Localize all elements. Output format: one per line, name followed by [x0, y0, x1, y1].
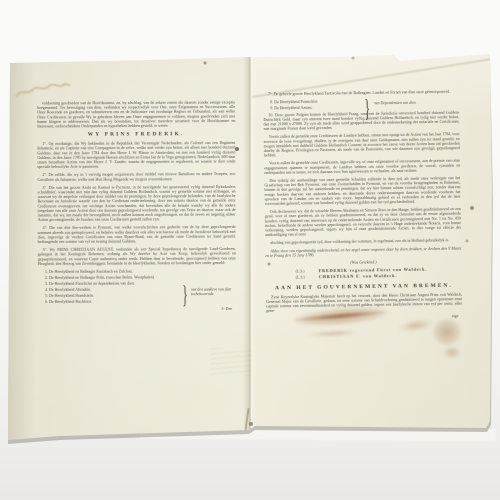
document-sheet: voldoening geschieden van de Hoofdsomme,…: [0, 0, 500, 500]
left-text-column: voldoening geschieden van de Hoofdsomme,…: [37, 100, 236, 312]
estate-list-item: 6. De Heerlykheid Buchforst.: [45, 299, 236, 305]
was-getekend-line: (Was Getekend.): [266, 259, 462, 266]
seal-mark: (L.S.): [296, 269, 319, 274]
paragraph: Den tydstip der aanbetalinge van onze ge…: [264, 176, 460, 207]
paragraph: 3°. Die van het groote Ambt en Kasteel t…: [37, 184, 235, 222]
section-heading-gouvernement: AAN HET GOUVERNEMENT VAN BREMEN.: [266, 282, 462, 291]
paragraph: Voorts zullen de gemelde onze Crediteure…: [264, 132, 460, 158]
signature-row: (L.S.) CHRISTIAAN F. von Waldeck.: [296, 272, 462, 279]
estate-list-item: 3. De Heerlykheid Fürstlichst en depende…: [45, 281, 236, 287]
paragraph: 5°. Wy PRINS CHRISTIAAN AUGUST, verbinde…: [38, 247, 236, 266]
section-heading-wy-prins-frederik: WY PRINS FREDERIK.: [37, 131, 235, 138]
paragraph: Zyne Keyzerlyke Koninglyke Majesteit hee…: [266, 292, 462, 313]
right-text-column: 7°. De geheele groote Heerlykheid Tantiv…: [263, 89, 462, 321]
paragraph: 2°. De zelfde, die wy in 't vervolg moge…: [37, 172, 235, 182]
paragraph: afschlag van geprolongeerde tyd, door vo…: [265, 238, 461, 246]
paragraph: 4°. Die van den See-werken te Pyrmont, v…: [38, 225, 236, 244]
paragraph: voldoening geschieden van de Hoofdsomme,…: [37, 100, 235, 129]
right-paragraph-list: 10. Deze groote Polgien komen de Heerlyk…: [263, 110, 461, 245]
center-fold-crease: [243, 54, 257, 432]
estate-list-item: 1. De Heerlykheid en Balleagie Kurtzbach…: [45, 269, 236, 275]
right-estate-list-block: 8. De Heerlykheid Pontschlot 9. De Heerl…: [263, 97, 459, 111]
estate-list-item: 2. De Heerlykheid en Balleagie Polst, (t…: [45, 275, 236, 281]
foxing-specks: [0, 0, 2, 2]
signature-christiaan: CHRISTIAAN F. von Waldeck.: [319, 273, 398, 279]
paragraph: 10. Deze groote Polgien komen de Heerlyk…: [263, 110, 459, 131]
left-estate-list-block: 1. De Heerlykheid en Balleagie Kurtzbach…: [38, 269, 236, 305]
closing-attestation: Aldus door ons eigenhandig onderteekend,…: [265, 246, 461, 258]
brace-glyph: }: [364, 96, 370, 121]
paragraph: Voorts zullen de gemelde onze Crediteure…: [264, 158, 460, 175]
seal-mark: (L.S.): [296, 274, 319, 279]
brace-note: met Dependentien van dien.: [374, 101, 429, 106]
brace-glyph: }: [182, 282, 188, 307]
left-paragraph-list: 1°. Op zoodanige, die Wy bekleeden in de…: [37, 141, 236, 266]
paragraph: 1°. Op zoodanige, die Wy bekleeden in de…: [37, 141, 235, 170]
photographed-document-scene: voldoening geschieden van de Hoofdsomme,…: [0, 0, 500, 500]
brace-note: met den aankleve van dien toebehoorende.: [191, 287, 246, 296]
paragraph: Ook declareeren wy, dat de wisselde Heer…: [265, 207, 461, 238]
